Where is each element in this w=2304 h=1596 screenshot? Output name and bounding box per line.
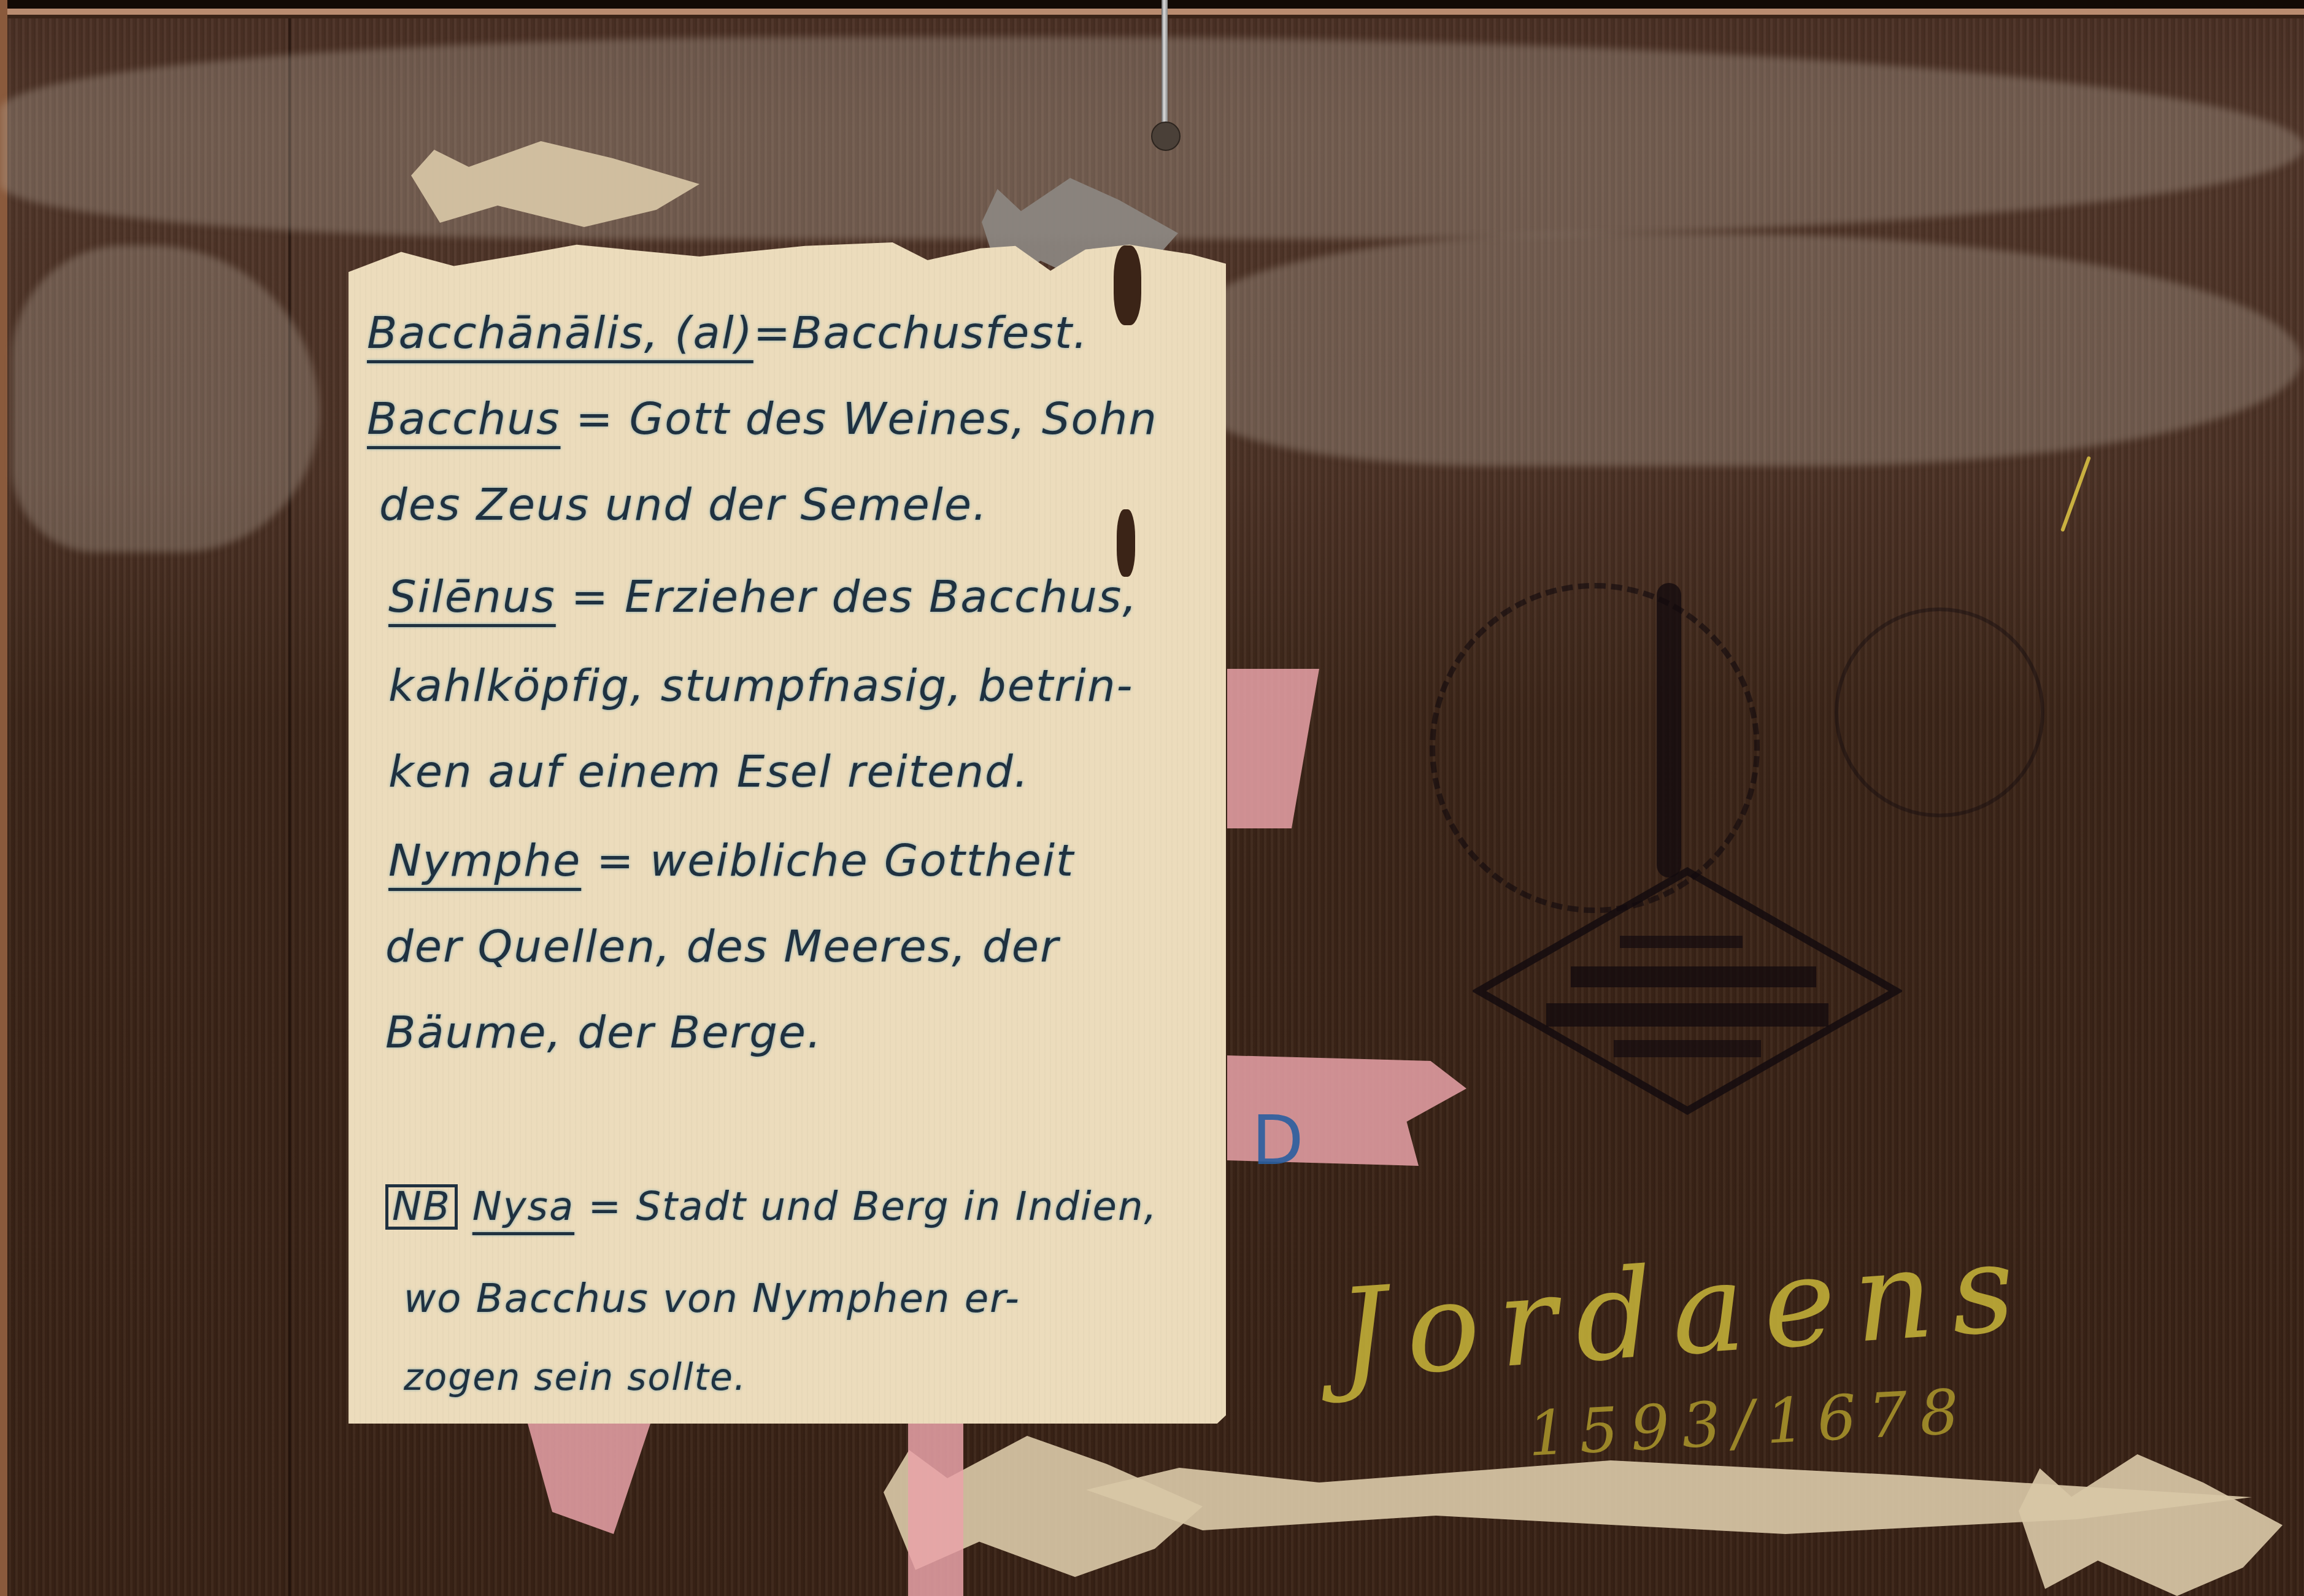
blue-crayon-mark: D	[1252, 1101, 1304, 1180]
definition: der Quellen, des Meeres, der	[385, 920, 1060, 972]
stamp-bar	[1657, 583, 1681, 877]
label-line: Bäume, der Berge.	[385, 1006, 822, 1058]
definition: ken auf einem Esel reitend.	[388, 746, 1030, 797]
equals-sign: =	[596, 835, 634, 886]
pink-paint-patch	[908, 1424, 963, 1596]
definition: Bacchusfest.	[792, 307, 1088, 358]
label-line: des Zeus und der Semele.	[379, 479, 988, 530]
label-line: Bacchus = Gott des Weines, Sohn	[367, 393, 1158, 444]
round-stamp-small	[1835, 607, 2044, 817]
label-line: Bacchānālis, (al)=Bacchusfest.	[367, 307, 1088, 358]
definition: wo Bacchus von Nymphen er-	[404, 1276, 1020, 1322]
label-line: zogen sein sollte.	[404, 1356, 747, 1399]
term: Bacchānālis, (al)	[367, 307, 753, 358]
equals-sign: =	[753, 307, 792, 358]
panel-top-edge	[0, 0, 2304, 18]
label-line: NBNysa = Stadt und Berg in Indien,	[385, 1184, 1158, 1230]
panel-left-edge	[0, 0, 7, 1596]
label-line: der Quellen, des Meeres, der	[385, 920, 1060, 972]
label-line: Nymphe = weibliche Gottheit	[388, 835, 1074, 886]
definition: Gott des Weines, Sohn	[630, 393, 1158, 444]
term: Nysa	[472, 1184, 574, 1230]
term: Silēnus	[388, 571, 556, 622]
label-text: Bacchānālis, (al)=Bacchusfest. Bacchus =…	[367, 245, 1226, 1411]
definition: des Zeus und der Semele.	[379, 479, 988, 530]
label-line: ken auf einem Esel reitend.	[388, 746, 1030, 797]
label-line: Silēnus = Erzieher des Bacchus,	[388, 571, 1138, 622]
equals-sign: =	[588, 1184, 622, 1230]
diamond-stamp	[1473, 865, 1902, 1117]
equals-sign: =	[576, 393, 614, 444]
label-line: kahlköpfig, stumpfnasig, betrin-	[388, 660, 1134, 711]
term: Bacchus	[367, 393, 560, 444]
definition: weibliche Gottheit	[650, 835, 1074, 886]
definition: Bäume, der Berge.	[385, 1006, 822, 1058]
round-stamp-large	[1430, 583, 1760, 913]
label-line: wo Bacchus von Nymphen er-	[404, 1276, 1020, 1322]
nail-icon	[1162, 0, 1168, 129]
nail-head-icon	[1151, 121, 1181, 151]
definition: zogen sein sollte.	[404, 1356, 747, 1399]
board-seam	[288, 18, 291, 1596]
nota-bene-box: NB	[385, 1184, 458, 1230]
term: Nymphe	[388, 835, 581, 886]
definition: Erzieher des Bacchus,	[625, 571, 1138, 622]
definition: Stadt und Berg in Indien,	[636, 1184, 1157, 1230]
equals-sign: =	[571, 571, 609, 622]
definition: kahlköpfig, stumpfnasig, betrin-	[388, 660, 1134, 711]
